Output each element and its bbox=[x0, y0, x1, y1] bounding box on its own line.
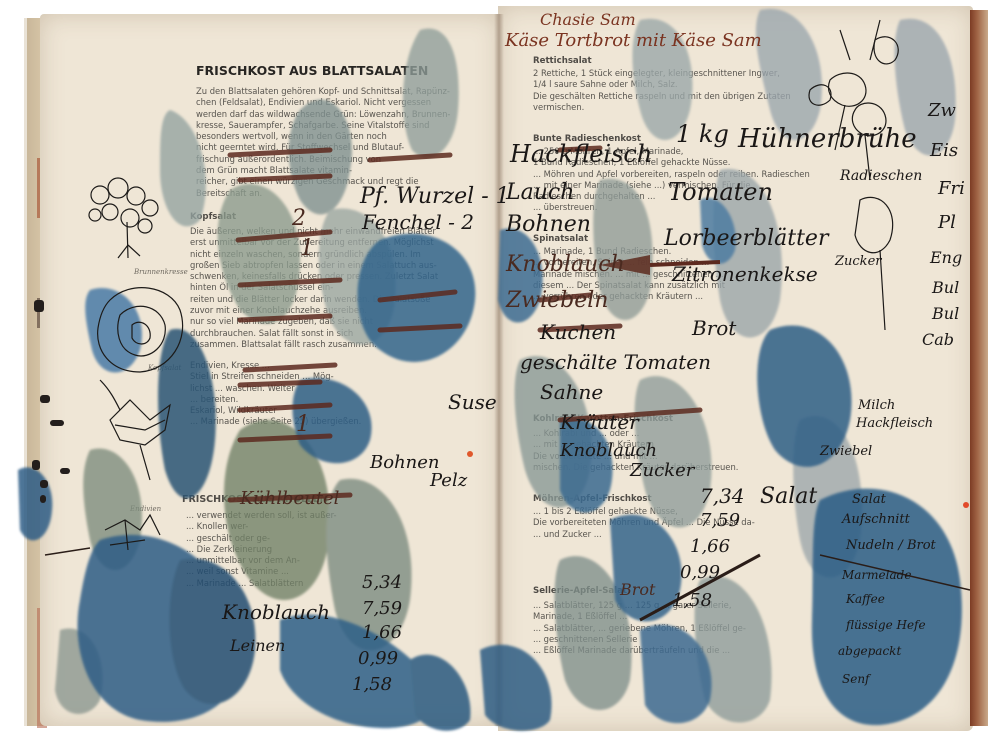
shopping-item: flüssige Hefe bbox=[846, 618, 926, 632]
print-line: ... geschnittenen Sellerie bbox=[533, 634, 833, 645]
price-note: 1,66 bbox=[690, 536, 730, 557]
price-note: 1,66 bbox=[362, 622, 402, 643]
margin-note: Eng bbox=[930, 248, 962, 267]
print-line: 1/4 l saure Sahne oder Milch, Salz. bbox=[533, 79, 813, 90]
print-line: schwenken, keinesfalls drücken oder pres… bbox=[190, 271, 470, 282]
book-gutter bbox=[494, 14, 504, 726]
apfel-paragraph: ... 1 bis 2 Eßlöffel gehackte Nüsse, Die… bbox=[533, 506, 833, 540]
rettichsalat-heading: Rettichsalat bbox=[533, 56, 592, 67]
shopping-item: Hühnerbrühe bbox=[738, 124, 917, 154]
handwriting-note: 2 bbox=[292, 206, 306, 231]
shopping-item: Knoblauch bbox=[506, 252, 625, 277]
shopping-item: geschälte Tomaten bbox=[520, 350, 711, 374]
right-cover-edge bbox=[970, 10, 988, 726]
caption-endivien: Endivien bbox=[130, 505, 161, 513]
shopping-item: Kaffee bbox=[846, 592, 885, 606]
shopping-item: Aufschnitt bbox=[842, 512, 910, 527]
print-line: nicht geerntet wird. Für Stoffwechsel un… bbox=[196, 142, 464, 153]
shopping-item: Marmelade bbox=[842, 568, 911, 582]
shopping-item: Zwiebel bbox=[820, 444, 872, 459]
handwriting-note: Knoblauch bbox=[222, 600, 330, 624]
price-note: 7,59 bbox=[700, 510, 740, 531]
price-note: 7,59 bbox=[362, 598, 402, 619]
shopping-item: Kräuter bbox=[560, 410, 639, 434]
print-line: ... weil sonst Vitamine ... bbox=[186, 566, 456, 577]
shopping-item: Knoblauch bbox=[560, 440, 657, 461]
margin-note: Bul bbox=[932, 304, 959, 323]
print-line: werden darf das wildwachsende Grün: Löwe… bbox=[196, 109, 464, 120]
print-line: großen Sieb abtropfen lassen oder in ein… bbox=[190, 260, 470, 271]
shopping-item: Brot bbox=[692, 316, 736, 340]
price-note: 0,99 bbox=[358, 648, 398, 669]
print-line: durchbrauchen. Salat fällt sonst in sich bbox=[190, 328, 470, 339]
handwriting-note: Chasie Sam bbox=[540, 10, 636, 29]
shopping-item: Hackfleisch bbox=[856, 416, 933, 431]
print-line: ... unmittelbar vor dem An- bbox=[186, 555, 456, 566]
print-line: Die geschälten Rettiche raspeln und mit … bbox=[533, 91, 813, 102]
print-line: lichst ... waschen. Weiter bbox=[190, 383, 470, 394]
shopping-item: Zucker bbox=[630, 460, 694, 481]
print-line: besonders wertvoll, wenn in den Gärten n… bbox=[196, 131, 464, 142]
print-line: Endivien, Kresse ... bbox=[190, 360, 470, 371]
shopping-item: Nudeln / Brot bbox=[846, 538, 936, 553]
print-line: Marinade, 1 Eßlöffel ... bbox=[533, 611, 833, 622]
shopping-item: abgepackt bbox=[838, 644, 901, 658]
print-line: zuvor mit einer Knoblauchzehe ausreiben. bbox=[190, 305, 470, 316]
print-line: ... verwendet werden soll, ist außer- bbox=[186, 510, 456, 521]
print-line: 2 Rettiche, 1 Stück eingelegter, kleinge… bbox=[533, 68, 813, 79]
kopfsalat-paragraph: Die äußeren, welken und nicht mehr einwa… bbox=[190, 226, 470, 350]
shopping-item: Zucker bbox=[835, 254, 881, 269]
sellerie-heading: Sellerie-Apfel-Salat bbox=[533, 586, 627, 597]
print-line: ... Marinade ... Salatblättern bbox=[186, 578, 456, 589]
handwriting-note: 1 bbox=[300, 236, 314, 261]
print-line: ... bereiten. bbox=[190, 394, 470, 405]
print-line: ... Eßlöffel Marinade darüberträufeln un… bbox=[533, 645, 833, 656]
caption-brunnenkresse: Brunnenkresse bbox=[134, 268, 188, 276]
lower-paragraph: Endivien, Kresse ... Stiel in Streifen s… bbox=[190, 360, 470, 428]
price-note: 1,58 bbox=[672, 590, 712, 611]
handwriting-note: Fenchel - 2 bbox=[362, 210, 474, 234]
shopping-item: Kuchen bbox=[540, 320, 616, 344]
price-note: 7,34 bbox=[700, 484, 745, 508]
margin-note: Zw bbox=[928, 100, 956, 121]
print-line: hinten Öl in der Salatschüssel ein- bbox=[190, 282, 470, 293]
price-note: 1,58 bbox=[352, 674, 392, 695]
shopping-item: Salat bbox=[852, 492, 886, 507]
shopping-item: Bohnen bbox=[506, 212, 591, 237]
shopping-item: Hackfleisch bbox=[510, 140, 652, 168]
shopping-item: Radieschen bbox=[840, 168, 922, 184]
shopping-item: Lorbeerblätter bbox=[664, 226, 828, 251]
print-line: reiten und die Blätter locker darin wend… bbox=[190, 294, 470, 305]
shopping-item: Sahne bbox=[540, 380, 603, 404]
print-line: ... Marinade (siehe Seite 25) übergießen… bbox=[190, 416, 470, 427]
shopping-item: Lauch bbox=[506, 180, 574, 205]
print-line: ... Salatblätter, ... geriebene Möhren, … bbox=[533, 623, 833, 634]
margin-note: Pl bbox=[938, 212, 956, 233]
rettichsalat-paragraph: 2 Rettiche, 1 Stück eingelegter, kleinge… bbox=[533, 68, 813, 113]
print-line: dem Grün macht Blattsalate vitamin- bbox=[196, 165, 464, 176]
shopping-item: 1 kg bbox=[676, 120, 729, 148]
margin-note: Cab bbox=[922, 330, 954, 349]
margin-note: Fri bbox=[938, 178, 965, 199]
price-note: 5,34 bbox=[362, 572, 402, 593]
print-line: zusammen. Blattsalat fällt rasch zusamme… bbox=[190, 339, 470, 350]
print-line: frischung außerordentlich. Beimischung v… bbox=[196, 154, 464, 165]
apfel-heading: Möhren-Apfel-Frischkost bbox=[533, 494, 652, 505]
print-line: ... und Zucker ... bbox=[533, 529, 833, 540]
print-line: vermischen. bbox=[533, 102, 813, 113]
intro-paragraph: Zu den Blattsalaten gehören Kopf- und Sc… bbox=[196, 86, 464, 199]
shopping-item: Tomaten bbox=[668, 178, 773, 206]
print-line: ... Knollen wer- bbox=[186, 521, 456, 532]
print-line: chen (Feldsalat), Endivien und Eskariol.… bbox=[196, 97, 464, 108]
handwriting-note: Leinen bbox=[230, 636, 285, 655]
print-line: ... geschält oder ge- bbox=[186, 533, 456, 544]
left-page-title: FRISCHKOST AUS BLATTSALATEN bbox=[196, 64, 428, 78]
shopping-item: Zwiebeln bbox=[506, 288, 608, 313]
print-line: erst unmittelbar vor der Zubereitung ent… bbox=[190, 237, 470, 248]
shopping-item: Zitronenkekse bbox=[672, 262, 818, 286]
handwriting-note: Suse bbox=[448, 390, 497, 414]
knollen-paragraph: ... verwendet werden soll, ist außer- ..… bbox=[186, 510, 456, 589]
print-line: nur so viel Marinade zugeben, daß sie ni… bbox=[190, 316, 470, 327]
print-line: Zu den Blattsalaten gehören Kopf- und Sc… bbox=[196, 86, 464, 97]
print-line: kresse, Sauerampfer, Schafgarbe. Seine V… bbox=[196, 120, 464, 131]
handwriting-note: Käse Tortbrot mit Käse Sam bbox=[505, 30, 762, 51]
shopping-item: Senf bbox=[842, 672, 870, 686]
print-line: Eskariol, Wildkräuter bbox=[190, 405, 470, 416]
handwriting-note: Pf. Wurzel - 1 bbox=[360, 184, 510, 209]
handwriting-note: Kühlbeutel bbox=[240, 488, 339, 509]
price-note: 0,99 bbox=[680, 562, 720, 583]
shopping-item: Milch bbox=[858, 398, 895, 413]
print-line: nicht einzeln waschen, sondern gründlich… bbox=[190, 249, 470, 260]
handwriting-note: 1 bbox=[296, 412, 310, 437]
print-line: ... Die Zerkleinerung bbox=[186, 544, 456, 555]
handwriting-note: Pelz bbox=[430, 470, 467, 491]
print-line: Die vorbereiteten Möhren und Äpfel ... D… bbox=[533, 517, 833, 528]
margin-note: Bul bbox=[932, 278, 959, 297]
print-line: Stiel in Streifen schneiden ... Mög- bbox=[190, 371, 470, 382]
margin-note: Eis bbox=[930, 140, 958, 161]
shopping-item: Salat bbox=[760, 484, 817, 509]
caption-kopfsalat: Kopfsalat bbox=[148, 364, 181, 372]
kopfsalat-heading: Kopfsalat bbox=[190, 212, 236, 223]
shopping-item: Brot bbox=[620, 580, 655, 599]
